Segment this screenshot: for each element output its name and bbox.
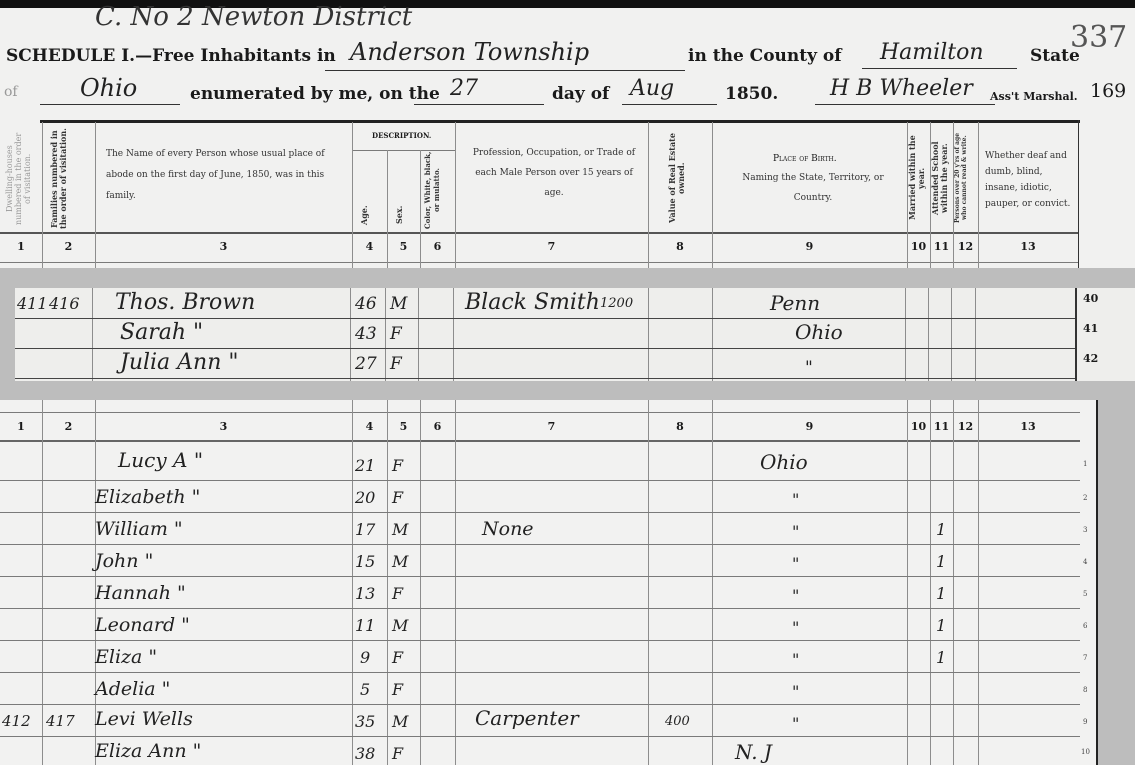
state-underline [40,104,180,105]
colnum-10: 10 [907,240,930,253]
birthplace: " [792,682,799,701]
stamp-number: 337 [1070,20,1127,55]
colnum-6: 6 [420,240,455,253]
col-divider [350,288,351,381]
col3-header: The Name of every Person whose usual pla… [106,144,346,207]
row-rule [0,672,1080,673]
colnum-3: 3 [95,240,352,253]
col13-header: Whether deaf and dumb, blind, insane, id… [985,148,1077,212]
row-rule [0,480,1080,481]
colnum-8: 8 [648,240,712,253]
col-divider [648,400,649,765]
col-divider [385,288,386,381]
row-rule [0,512,1080,513]
birthplace: Ohio [795,320,843,344]
colnum-5: 5 [387,420,420,433]
birthplace: Ohio [760,450,808,474]
row-rule [0,736,1080,737]
person-age: 5 [360,680,370,699]
line-number: 40 [1083,292,1098,305]
col-divider [648,288,649,381]
line-number: 7 [1083,654,1087,662]
county-underline [862,68,1017,69]
person-age: 38 [355,744,375,763]
marshal-underline [815,104,995,105]
col-divider [420,400,421,765]
col-divider [928,288,929,381]
right-border [1078,120,1079,268]
enumerated-label: enumerated by me, on the [190,84,440,104]
row-rule [0,640,1080,641]
attended-school-mark: 1 [936,648,946,667]
line-number: 41 [1083,322,1098,335]
page-edge [1096,400,1098,765]
col-divider [951,288,952,381]
col7-header: Profession, Occupation, or Trade of each… [468,143,640,203]
col9-header-sub: Naming the State, Territory, or Country. [738,168,888,208]
birthplace: " [792,586,799,605]
of-label: of [4,84,18,100]
person-age: 43 [355,324,377,344]
row-rule [15,378,1075,379]
marshal-name: H B Wheeler [830,76,973,101]
col-divider [905,288,906,381]
state-value: Ohio [80,74,137,102]
col6-header: Color, White, black, or mulatto. [423,150,453,230]
col2-header: Families numbered in the order of visita… [50,128,90,230]
county-value: Hamilton [880,40,984,65]
row-rule [0,544,1080,545]
person-name: Levi Wells [95,708,193,730]
birthplace: " [792,490,799,509]
right-border [1075,288,1077,381]
person-occupation: None [482,518,534,540]
line-number: 9 [1083,718,1087,726]
person-age: 13 [355,584,375,603]
colnum-5: 5 [387,240,420,253]
birthplace: " [792,618,799,637]
person-age: 20 [355,488,375,507]
attended-school-mark: 1 [936,520,946,539]
col-divider [712,400,713,765]
line-number: 4 [1083,558,1087,566]
census-strip-rows-40-42: 411 416 Thos. Brown 46 M Black Smith 120… [15,288,1135,381]
real-estate-value: 400 [665,714,690,729]
dwelling-number: 412 [2,712,31,730]
line-number: 1 [1083,460,1087,468]
person-name: Lucy A " [118,448,203,472]
row-rule [0,576,1080,577]
person-sex: M [392,712,408,731]
row-rule [15,348,1075,349]
colnum-4: 4 [352,240,387,253]
line-number: 6 [1083,622,1087,630]
colnum-9: 9 [712,240,907,253]
attended-school-mark: 1 [936,552,946,571]
line-number: 2 [1083,494,1087,502]
person-sex: F [392,584,403,603]
row-rule [15,318,1075,319]
colnum-12: 12 [953,420,978,433]
col-divider [978,400,979,765]
person-sex: F [390,354,402,374]
census-header-section: C. No 2 Newton District SCHEDULE I.—Free… [0,0,1135,268]
marshal-label: Ass't Marshal. [990,90,1078,103]
col4-header: Age. [360,200,380,230]
person-age: 17 [355,520,375,539]
colnum-2: 2 [42,420,95,433]
person-sex: M [390,294,407,314]
person-sex: F [392,456,403,475]
colnum-13: 13 [978,240,1078,253]
person-age: 35 [355,712,375,731]
month-value: Aug [630,76,674,101]
person-name: Hannah " [95,582,186,604]
line-number: 5 [1083,590,1087,598]
colnum-7: 7 [455,420,648,433]
colnum-top-rule [0,412,1080,413]
person-sex: M [392,616,408,635]
person-age: 27 [355,354,377,374]
birthplace: " [792,554,799,573]
colnum-9: 9 [712,420,907,433]
col-divider [712,288,713,381]
col1-header: Dwelling-houses numbered in the order of… [5,128,39,230]
col-divider [92,288,93,381]
birthplace: N. J [735,740,772,764]
attended-school-mark: 1 [936,584,946,603]
colnum-1: 1 [0,240,42,253]
header-bottom-rule [0,232,1078,234]
col-divider [352,400,353,765]
line-number: 10 [1081,748,1090,756]
county-label: in the County of [688,46,842,66]
day-underline [414,104,544,105]
col-divider [42,400,43,765]
col9-header-title: Place of Birth. [773,154,837,164]
col11-header: Attended School within the year. [931,128,953,228]
person-age: 46 [355,294,377,314]
person-sex: F [392,648,403,667]
family-number: 416 [49,294,80,313]
person-sex: F [390,324,402,344]
person-age: 9 [360,648,370,667]
top-annotation: C. No 2 Newton District [95,2,412,32]
line-number: 42 [1083,352,1098,365]
schedule-title: SCHEDULE I.—Free Inhabitants in [6,46,336,66]
col-divider [453,288,454,381]
person-name: Leonard " [95,614,190,636]
person-sex: F [392,488,403,507]
dwelling-number: 411 [17,294,48,313]
person-name: William " [95,518,183,540]
day-of-label: day of [552,84,609,104]
month-underline [622,104,717,105]
colnum-7: 7 [455,240,648,253]
colnum-11: 11 [930,420,953,433]
person-sex: F [392,744,403,763]
colnum-6: 6 [420,420,455,433]
attended-school-mark: 1 [936,616,946,635]
person-sex: M [392,520,408,539]
birthplace: " [792,650,799,669]
col-divider [387,400,388,765]
col-divider [455,400,456,765]
colnum-2: 2 [42,240,95,253]
person-age: 15 [355,552,375,571]
person-sex: F [392,680,403,699]
col10-header: Married within the year. [908,128,930,228]
census-page-rows-1-10: 1 2 3 4 5 6 7 8 9 10 11 12 13 Lucy A " 2… [0,400,1098,765]
header-rule [40,120,1080,123]
year-value: 1850. [725,84,778,104]
colnum-11: 11 [930,240,953,253]
description-header: DESCRIPTION. [372,131,431,140]
person-name: John " [95,550,153,572]
family-number: 417 [46,712,75,730]
birthplace: Penn [770,291,820,315]
colnum-bottom-rule [0,262,1078,263]
township-value: Anderson Township [350,38,589,66]
real-estate-value: 1200 [600,296,633,311]
colnum-10: 10 [907,420,930,433]
person-occupation: Carpenter [475,706,579,730]
birthplace: " [805,358,813,378]
person-name: Julia Ann " [120,350,239,375]
line-number: 3 [1083,526,1087,534]
col-divider [930,400,931,765]
person-name: Sarah " [120,320,203,345]
person-name: Elizabeth " [95,486,200,508]
row-rule [0,608,1080,609]
colnum-8: 8 [648,420,712,433]
person-age: 11 [355,616,375,635]
row-rule [0,704,1080,705]
day-value: 27 [450,76,478,101]
person-name: Adelia " [95,678,170,700]
col12-header: Persons over 20 y'rs of age who cannot r… [954,128,978,228]
page-number: 169 [1090,80,1126,102]
birthplace: " [792,522,799,541]
township-underline [325,70,685,71]
birthplace: " [792,714,799,733]
person-name: Eliza " [95,646,157,668]
person-sex: M [392,552,408,571]
colnum-4: 4 [352,420,387,433]
col5-header: Sex. [395,200,415,230]
person-occupation: Black Smith [465,290,600,315]
col-divider [953,400,954,765]
colnum-13: 13 [978,420,1078,433]
col8-header: Value of Real Estate owned. [668,128,696,228]
line-number: 8 [1083,686,1087,694]
colnum-12: 12 [953,240,978,253]
colnum-bottom-rule [0,440,1080,442]
col-divider [907,400,908,765]
col-divider [418,288,419,381]
colnum-3: 3 [95,420,352,433]
person-name: Eliza Ann " [95,740,201,762]
col-divider [975,288,976,381]
person-age: 21 [355,456,375,475]
person-name: Thos. Brown [115,290,255,315]
colnum-1: 1 [0,420,42,433]
